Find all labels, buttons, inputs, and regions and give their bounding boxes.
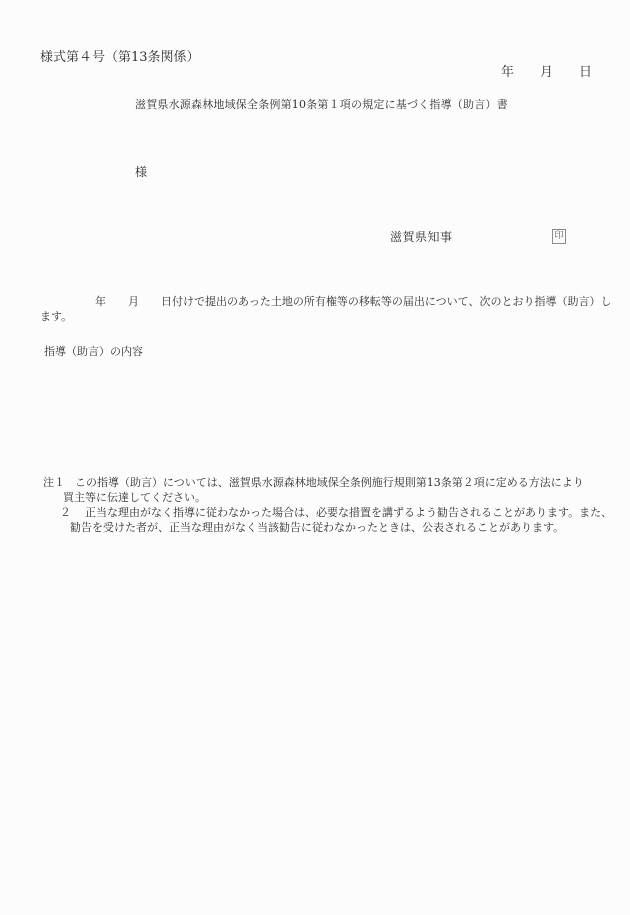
issuer-name: 滋賀県知事 (390, 231, 453, 245)
addressee-honorific: 様 (135, 166, 147, 180)
body-paragraph-line: 年 月 日付けで提出のあった土地の所有権等の移転等の届出について、次のとおり指導… (95, 296, 611, 309)
document-page: 様式第４号（第13条関係） 年 月 日 滋賀県水源森林地域保全条例第10条第１項… (0, 0, 630, 915)
form-number-label: 様式第４号（第13条関係） (40, 51, 200, 66)
note-1-line: 買主等に伝達してください。 (63, 492, 206, 505)
date-line: 年 月 日 (501, 66, 592, 81)
seal-mark: 印 (552, 229, 566, 244)
guidance-content-heading: 指導（助言）の内容 (44, 346, 143, 359)
note-2-line: 勧告を受けた者が、正当な理由がなく当該勧告に従わなかったときは、公表されることが… (70, 522, 564, 535)
note-2-line: 正当な理由がなく指導に従わなかった場合は、必要な措置を講ずるよう勧告されることが… (85, 507, 612, 520)
note-1-line: この指導（助言）については、滋賀県水源森林地域保全条例施行規則第13条第２項に定… (75, 477, 584, 490)
note-2-marker: ２ (60, 507, 71, 520)
body-paragraph-line: ます。 (40, 311, 72, 324)
note-1-marker: 注１ (43, 477, 65, 490)
document-title: 滋賀県水源森林地域保全条例第10条第１項の規定に基づく指導（助言）書 (135, 99, 508, 112)
